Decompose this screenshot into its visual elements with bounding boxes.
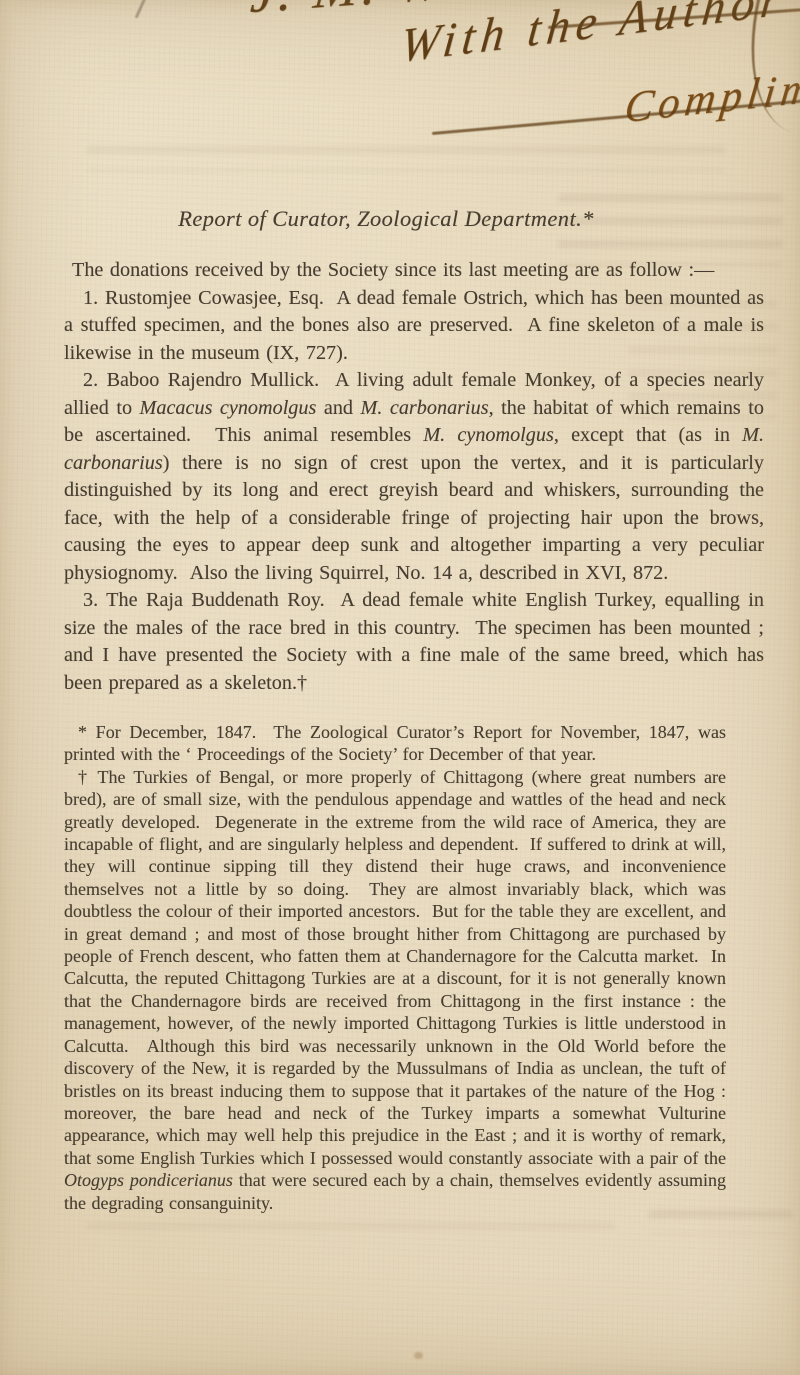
text-run: * For December, 1847. The Zoological Cur… [64, 722, 732, 764]
donation-item-3: 3. The Raja Buddenath Roy. A dead female… [64, 587, 764, 697]
text-run: † The Turkies of Bengal, or more properl… [64, 767, 732, 1168]
footnotes: * For December, 1847. The Zoological Cur… [64, 721, 726, 1214]
report-title: Report of Curator, Zoological Department… [36, 206, 736, 232]
species-name: M. cynomolgus [423, 424, 554, 446]
ink-showthrough [86, 1222, 616, 1242]
species-name: Macacus cynomolgus [140, 397, 317, 419]
species-name: Otogyps pondicerianus [64, 1170, 233, 1190]
text-run: and [316, 397, 360, 419]
scanned-document-page: J. M. Walhouse Esq With the Author's Com… [0, 0, 800, 1375]
pencil-mark [135, 0, 147, 19]
text-run: 1. Rustomjee Cowasjee, Esq. A dead femal… [64, 287, 771, 364]
donation-item-1: 1. Rustomjee Cowasjee, Esq. A dead femal… [64, 285, 764, 368]
donation-item-2: 2. Baboo Rajendro Mullick. A living adul… [64, 367, 764, 587]
intro-line: The donations received by the Society si… [64, 257, 764, 285]
report-body: The donations received by the Society si… [64, 257, 764, 697]
handwritten-inscription-line-2: With the Author's [398, 0, 800, 74]
ink-showthrough [86, 146, 726, 172]
text-run: , except that (as in [554, 424, 742, 446]
paper-stain [414, 1352, 423, 1359]
footnote-asterisk: * For December, 1847. The Zoological Cur… [64, 721, 726, 766]
text-run: ) there is no sign of crest upon the ver… [64, 452, 771, 584]
species-name: M. carbonarius [361, 397, 489, 419]
footnote-dagger: † The Turkies of Bengal, or more properl… [64, 766, 726, 1214]
text-run: 3. The Raja Buddenath Roy. A dead female… [64, 589, 771, 694]
